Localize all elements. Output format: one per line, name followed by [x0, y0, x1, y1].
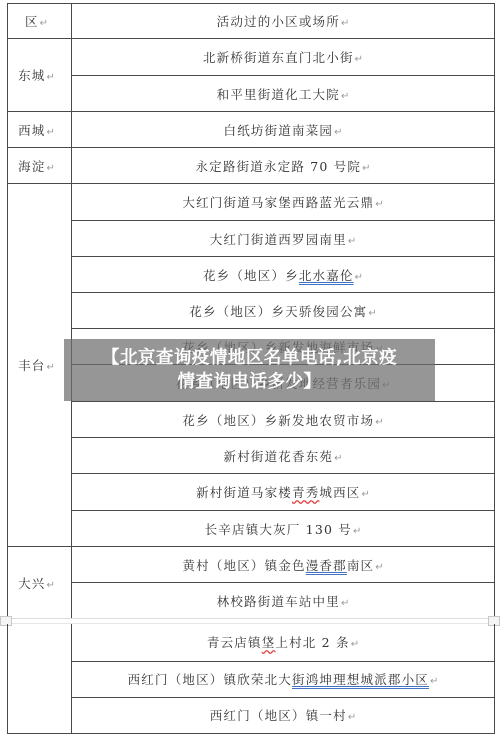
place-cell: 永定路街道永定路 70 号院↵ — [72, 148, 495, 184]
header-district-cell: 区↵ — [8, 4, 72, 39]
locations-table: 区↵ 活动过的小区或场所↵ 东城↵ 北新桥街道东直门北小街↵ 和平里街道化工大院… — [7, 3, 495, 619]
table-row: 长辛店镇大灰厂 130 号↵ — [8, 511, 495, 547]
table-row: 丰台↵ 大红门街道马家堡西路蓝光云鼎↵ — [8, 184, 495, 221]
table-row: 新村街道花香东苑↵ — [8, 438, 495, 474]
table-row: 西红门（地区）镇欣荣北大街鸿坤理想城派郡小区↵ — [8, 661, 495, 697]
paragraph-mark-icon: ↵ — [355, 54, 363, 65]
place-cell: 大红门街道马家堡西路蓝光云鼎↵ — [72, 184, 495, 221]
paragraph-mark-icon: ↵ — [341, 598, 349, 609]
place-cell: 和平里街道化工大院↵ — [72, 76, 495, 112]
table-row: 青云店镇垡上村北 2 条↵ — [8, 624, 495, 661]
paragraph-mark-icon: ↵ — [40, 18, 48, 29]
place-cell: 白纸坊街道南菜园↵ — [72, 112, 495, 148]
paragraph-mark-icon: ↵ — [348, 712, 356, 723]
overlay-title-line-1: 【北京查询疫情地区名单电话,北京疫 — [102, 346, 397, 370]
district-cell-continued — [8, 624, 72, 733]
paragraph-mark-icon: ↵ — [47, 72, 55, 83]
paragraph-mark-icon: ↵ — [47, 127, 55, 138]
paragraph-mark-icon: ↵ — [47, 580, 55, 591]
district-cell-xicheng: 西城↵ — [8, 112, 72, 148]
paragraph-mark-icon: ↵ — [351, 639, 359, 650]
paragraph-mark-icon: ↵ — [334, 453, 342, 464]
district-cell-fengtai: 丰台↵ — [8, 184, 72, 547]
place-cell: 青云店镇垡上村北 2 条↵ — [72, 624, 495, 661]
paragraph-mark-icon: ↵ — [375, 199, 383, 210]
table-row: 西城↵ 白纸坊街道南菜园↵ — [8, 112, 495, 148]
table-row: 花乡（地区）乡新发地农贸市场↵ — [8, 402, 495, 438]
table-header-row: 区↵ 活动过的小区或场所↵ — [8, 4, 495, 39]
paragraph-mark-icon: ↵ — [334, 127, 342, 138]
place-cell: 黄村（地区）镇金色漫香郡南区↵ — [72, 547, 495, 583]
place-cell: 花乡（地区）乡北水嘉伦↵ — [72, 257, 495, 293]
document-page: 区↵ 活动过的小区或场所↵ 东城↵ 北新桥街道东直门北小街↵ 和平里街道化工大院… — [0, 0, 500, 741]
grammar-underline: 漫香郡 — [306, 558, 347, 573]
place-cell: 新村街道花香东苑↵ — [72, 438, 495, 474]
locations-table-continued: 青云店镇垡上村北 2 条↵ 西红门（地区）镇欣荣北大街鸿坤理想城派郡小区↵ 西红… — [7, 624, 495, 734]
table-row: 西红门（地区）镇一村↵ — [8, 697, 495, 733]
paragraph-mark-icon: ↵ — [348, 236, 356, 247]
place-cell: 北新桥街道东直门北小街↵ — [72, 39, 495, 76]
table-row: 花乡（地区）乡北水嘉伦↵ — [8, 257, 495, 293]
spelling-underline: 垡 — [262, 635, 276, 650]
place-cell: 新村街道马家楼青秀城西区↵ — [72, 474, 495, 511]
district-cell-dongcheng: 东城↵ — [8, 39, 72, 112]
paragraph-mark-icon: ↵ — [341, 91, 349, 102]
place-cell: 林校路街道车站中里↵ — [72, 583, 495, 619]
overlay-title-line-2: 情查询电话多少】 — [178, 370, 322, 394]
place-cell: 长辛店镇大灰厂 130 号↵ — [72, 511, 495, 547]
paragraph-mark-icon: ↵ — [362, 163, 370, 174]
paragraph-mark-icon: ↵ — [368, 308, 376, 319]
district-cell-daxing: 大兴↵ — [8, 547, 72, 619]
paragraph-mark-icon: ↵ — [353, 526, 361, 537]
spelling-underline: 青秀 — [292, 485, 319, 500]
paragraph-mark-icon: ↵ — [355, 272, 363, 283]
table-row: 林校路街道车站中里↵ — [8, 583, 495, 619]
table-row: 东城↵ 北新桥街道东直门北小街↵ — [8, 39, 495, 76]
title-overlay-banner: 【北京查询疫情地区名单电话,北京疫 情查询电话多少】 — [64, 339, 435, 401]
paragraph-mark-icon: ↵ — [430, 676, 438, 687]
paragraph-mark-icon: ↵ — [375, 562, 383, 573]
paragraph-mark-icon: ↵ — [47, 163, 55, 174]
paragraph-mark-icon: ↵ — [47, 362, 55, 373]
table-row: 花乡（地区）乡天骄俊园公寓↵ — [8, 293, 495, 329]
place-cell: 西红门（地区）镇欣荣北大街鸿坤理想城派郡小区↵ — [72, 661, 495, 697]
grammar-underline: 北水嘉伦 — [299, 268, 354, 283]
table-row: 大红门街道西罗园南里↵ — [8, 221, 495, 257]
paragraph-mark-icon: ↵ — [341, 18, 349, 29]
place-cell: 花乡（地区）乡新发地农贸市场↵ — [72, 402, 495, 438]
place-cell: 大红门街道西罗园南里↵ — [72, 221, 495, 257]
table-row: 大兴↵ 黄村（地区）镇金色漫香郡南区↵ — [8, 547, 495, 583]
place-cell: 花乡（地区）乡天骄俊园公寓↵ — [72, 293, 495, 329]
header-places-cell: 活动过的小区或场所↵ — [72, 4, 495, 39]
table-row: 和平里街道化工大院↵ — [8, 76, 495, 112]
table-row: 新村街道马家楼青秀城西区↵ — [8, 474, 495, 511]
district-cell-haidian: 海淀↵ — [8, 148, 72, 184]
paragraph-mark-icon: ↵ — [362, 489, 370, 500]
grammar-underline: 街鸿坤理想城派郡小区 — [292, 672, 429, 687]
place-cell: 西红门（地区）镇一村↵ — [72, 697, 495, 733]
paragraph-mark-icon: ↵ — [375, 417, 383, 428]
table-row: 海淀↵ 永定路街道永定路 70 号院↵ — [8, 148, 495, 184]
